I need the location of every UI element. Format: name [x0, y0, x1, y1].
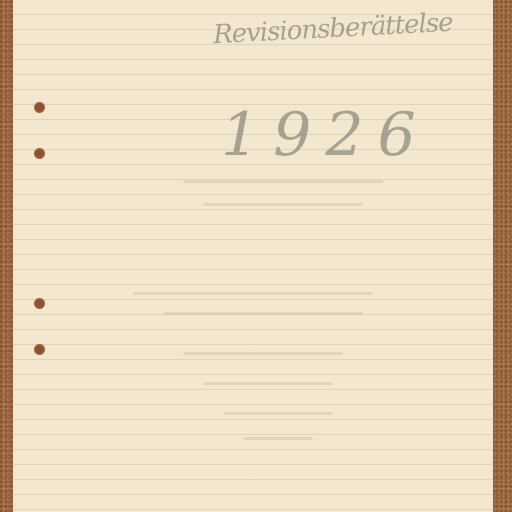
punch-hole [34, 298, 45, 309]
show-through-text [203, 382, 333, 385]
show-through-text [163, 312, 363, 315]
show-through-text [223, 412, 333, 415]
punch-hole [34, 102, 45, 113]
show-through-text [183, 352, 343, 355]
show-through-text [133, 292, 373, 295]
show-through-text [203, 203, 363, 206]
handwritten-year: 1926 [221, 100, 430, 170]
show-through-text [183, 180, 383, 183]
handwritten-title: Revisionsberättelse [212, 8, 453, 51]
show-through-text [243, 437, 313, 440]
ruled-paper-sheet: Revisionsberättelse 1926 [13, 0, 493, 512]
punch-hole [34, 148, 45, 159]
punch-hole [34, 344, 45, 355]
